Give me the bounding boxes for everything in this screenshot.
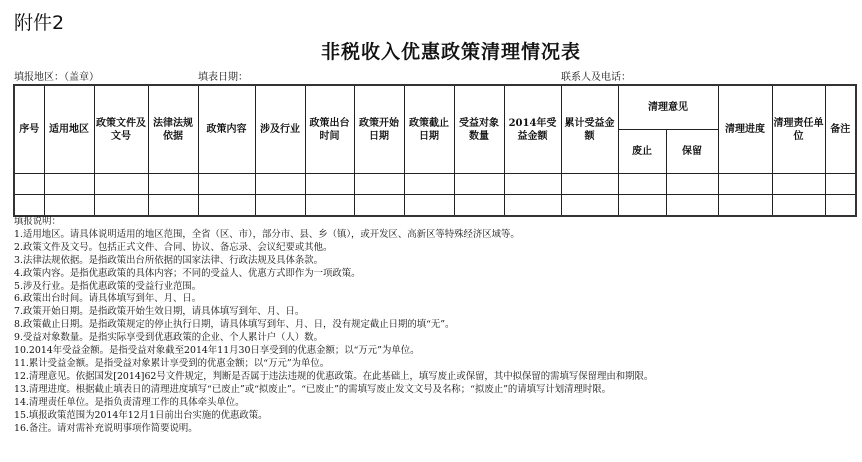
table-row	[14, 174, 856, 195]
col-header-remarks: 备注	[825, 85, 856, 174]
note-item: 8.政策截止日期。是指政策规定的停止执行日期，请具体填写到年、月、日，没有规定截…	[14, 319, 653, 332]
note-item: 4.政策内容。是指优惠政策的具体内容；不同的受益人、优惠方式即作为一项政策。	[14, 268, 653, 281]
col-header-cumulative: 累计受益金额	[561, 85, 618, 174]
col-header-seq: 序号	[14, 85, 44, 174]
note-item: 14.清理责任单位。是指负责清理工作的具体牵头单位。	[14, 397, 653, 410]
col-header-retain: 保留	[666, 130, 718, 174]
table-cell[interactable]	[14, 174, 44, 195]
region-label: 填报地区：（盖章）	[14, 68, 99, 83]
note-item: 5.涉及行业。是指优惠政策的受益行业范围。	[14, 281, 653, 294]
table-cell[interactable]	[354, 174, 404, 195]
note-item: 6.政策出台时间。请具体填写到年、月、日。	[14, 293, 653, 306]
table-cell[interactable]	[354, 195, 404, 217]
table-cell[interactable]	[148, 174, 198, 195]
table-cell[interactable]	[255, 195, 305, 217]
col-header-start: 政策开始日期	[354, 85, 404, 174]
note-item: 9.受益对象数量。是指实际享受到优惠政策的企业、个人累计户（人）数。	[14, 332, 653, 345]
table-cell[interactable]	[305, 174, 354, 195]
table-cell[interactable]	[148, 195, 198, 217]
table-cell[interactable]	[718, 195, 772, 217]
table-cell[interactable]	[618, 174, 666, 195]
col-header-issued: 政策出台时间	[305, 85, 354, 174]
table-cell[interactable]	[504, 195, 561, 217]
note-item: 3.法律法规依据。是指政策出台所依据的国家法律、行政法规及具体条款。	[14, 255, 653, 268]
table-cell[interactable]	[772, 174, 825, 195]
table-cell[interactable]	[454, 174, 504, 195]
contact-label: 联系人及电话：	[561, 68, 631, 83]
note-item: 12.清理意见。依据国发[2014]62号文件规定，判断是否属于违法违规的优惠政…	[14, 371, 653, 384]
table-cell[interactable]	[94, 195, 148, 217]
table-cell[interactable]	[404, 174, 454, 195]
col-header-end: 政策截止日期	[404, 85, 454, 174]
col-header-amount-2014: 2014年受益金额	[504, 85, 561, 174]
note-item: 1.适用地区。请具体说明适用的地区范围，全省（区、市），部分市、县、乡（镇），或…	[14, 229, 653, 242]
table-cell[interactable]	[44, 195, 94, 217]
filling-instructions: 填报说明： 1.适用地区。请具体说明适用的地区范围，全省（区、市），部分市、县、…	[14, 216, 653, 435]
table-cell[interactable]	[825, 195, 856, 217]
col-header-progress: 清理进度	[718, 85, 772, 174]
note-item: 16.备注。请对需补充说明事项作简要说明。	[14, 423, 653, 436]
note-item: 7.政策开始日期。是指政策开始生效日期，请具体填写到年、月、日。	[14, 306, 653, 319]
policy-cleanup-table: 序号 适用地区 政策文件及文号 法律法规依据 政策内容 涉及行业 政策出台时间 …	[13, 84, 857, 217]
table-cell[interactable]	[666, 195, 718, 217]
note-item: 10.2014年受益金额。是指受益对象截至2014年11月30日享受到的优惠金额…	[14, 345, 653, 358]
table-cell[interactable]	[772, 195, 825, 217]
col-header-opinion: 清理意见	[618, 85, 718, 130]
table-cell[interactable]	[44, 174, 94, 195]
table-row	[14, 195, 856, 217]
table-cell[interactable]	[404, 195, 454, 217]
page-title: 非税收入优惠政策清理情况表	[0, 37, 862, 64]
note-item: 15.填报政策范围为2014年12月1日前出台实施的优惠政策。	[14, 410, 653, 423]
note-item: 2.政策文件及文号。包括正式文件、合同、协议、备忘录、会议纪要或其他。	[14, 242, 653, 255]
table-cell[interactable]	[504, 174, 561, 195]
table-cell[interactable]	[561, 195, 618, 217]
table-cell[interactable]	[561, 174, 618, 195]
attachment-label: 附件2	[14, 8, 64, 35]
table-cell[interactable]	[198, 195, 255, 217]
col-header-doc: 政策文件及文号	[94, 85, 148, 174]
table-cell[interactable]	[305, 195, 354, 217]
col-header-content: 政策内容	[198, 85, 255, 174]
col-header-industry: 涉及行业	[255, 85, 305, 174]
table-cell[interactable]	[94, 174, 148, 195]
note-item: 11.累计受益金额。是指受益对象累计享受到的优惠金额；以“万元”为单位。	[14, 358, 653, 371]
table-cell[interactable]	[618, 195, 666, 217]
table-cell[interactable]	[255, 174, 305, 195]
table-cell[interactable]	[825, 174, 856, 195]
col-header-region: 适用地区	[44, 85, 94, 174]
notes-heading: 填报说明：	[14, 216, 653, 229]
date-label: 填表日期：	[198, 68, 248, 83]
col-header-abolish: 废止	[618, 130, 666, 174]
note-item: 13.清理进度。根据截止填表日的清理进度填写“已废止”或“拟废止”。“已废止”的…	[14, 384, 653, 397]
table-cell[interactable]	[718, 174, 772, 195]
table-cell[interactable]	[198, 174, 255, 195]
table-cell[interactable]	[14, 195, 44, 217]
table-cell[interactable]	[666, 174, 718, 195]
col-header-beneficiaries: 受益对象数量	[454, 85, 504, 174]
col-header-law: 法律法规依据	[148, 85, 198, 174]
col-header-unit: 清理责任单位	[772, 85, 825, 174]
table-cell[interactable]	[454, 195, 504, 217]
